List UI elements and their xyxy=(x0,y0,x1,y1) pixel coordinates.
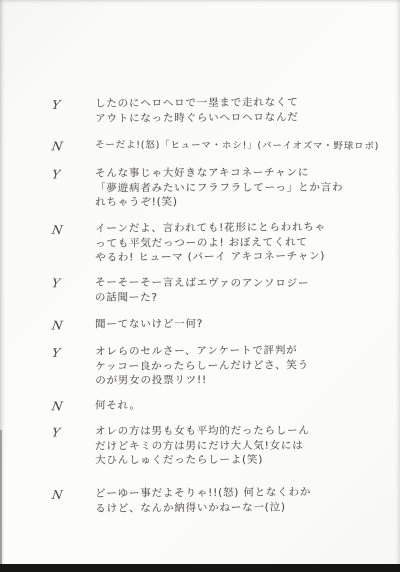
dialogue-line: 何それ。 xyxy=(95,398,395,414)
dialogue-line: れちゃうぞ!(笑) xyxy=(95,194,395,210)
dialogue-block: Y オレらのセルさー、アンケートで評判が ケッコー良かったらしーんだけどさ、笑う… xyxy=(0,343,400,346)
speaker-label: Y xyxy=(51,276,83,290)
dialogue-block: Y したのにヘロヘロで一塁まで走れなくて アウトになった時ぐらいヘロヘロなんだ xyxy=(0,95,400,98)
speaker-label: N xyxy=(51,399,83,413)
speaker-label: Y xyxy=(51,98,83,112)
dialogue-line: 大ひんしゅくだったらしーよ(笑) xyxy=(95,452,395,468)
dialogue-line: そーだよ!(怒)「ヒューマ・ホシ!」(バーイオズマ・野球ロボ) xyxy=(95,138,395,154)
dialogue-line: るけど、なんか納得いかねーな一(泣) xyxy=(95,499,395,516)
speaker-label: N xyxy=(51,223,83,237)
speaker-label: Y xyxy=(51,425,83,439)
dialogue-block: N 聞ーてないけど一何? xyxy=(0,316,400,317)
dialogue-block: N どーゆー事だよそりゃ!!(怒) 何となくわか るけど、なんか納得いかねーな一… xyxy=(0,485,400,488)
dialogue-line: そんな事じゃ大好きなアキコネーチャンに xyxy=(95,165,395,181)
dialogue-line: 聞ーてないけど一何? xyxy=(95,316,395,332)
dialogue-line: 「夢遊病者みたいにフラフラしてーっ」とか言わ xyxy=(95,180,395,196)
dialogue-line: オレの方は男も女も平均的だったらしーん xyxy=(95,423,395,439)
speaker-label: N xyxy=(51,318,83,332)
dialogue-line: だけどキミの方は男にだけ大人気!女には xyxy=(95,438,395,454)
dialogue-line: の話聞ーた? xyxy=(95,290,395,306)
dialogue-block: N 何それ。 xyxy=(0,398,400,400)
page-edge-shadow xyxy=(0,430,2,572)
dialogue-block: Y そーそーそー言えばエヴァのアンソロジー の話聞ーた? xyxy=(0,275,400,277)
speaker-label: Y xyxy=(51,167,83,181)
scanned-page: Y したのにヘロヘロで一塁まで走れなくて アウトになった時ぐらいヘロヘロなんだ … xyxy=(0,0,400,572)
dialogue-line: アウトになった時ぐらいヘロヘロなんだ xyxy=(95,109,395,126)
dialogue-block: N そーだよ!(怒)「ヒューマ・ホシ!」(バーイオズマ・野球ロボ) xyxy=(0,138,400,140)
speaker-label: Y xyxy=(51,346,83,360)
dialogue-line: のが男女の投票リツ!! xyxy=(95,372,395,389)
dialogue-block: N イーンだよ、言われても!花形にとらわれちゃ っても平気だっつーのよ! おぼえ… xyxy=(0,220,400,223)
dialogue-block: Y オレの方は男も女も平均的だったらしーん だけどキミの方は男にだけ大人気!女に… xyxy=(0,423,400,424)
speaker-label: N xyxy=(51,139,83,153)
dialogue-line: やるわ! ヒューマ (バーイ アキコネーチャン) xyxy=(95,249,395,266)
speaker-label: N xyxy=(51,488,83,502)
dialogue-block: Y そんな事じゃ大好きなアキコネーチャンに 「夢遊病者みたいにフラフラしてーっ」… xyxy=(0,165,400,166)
page-bottom-border xyxy=(0,564,400,572)
dialogue-line: そーそーそー言えばエヴァのアンソロジー xyxy=(95,275,395,291)
